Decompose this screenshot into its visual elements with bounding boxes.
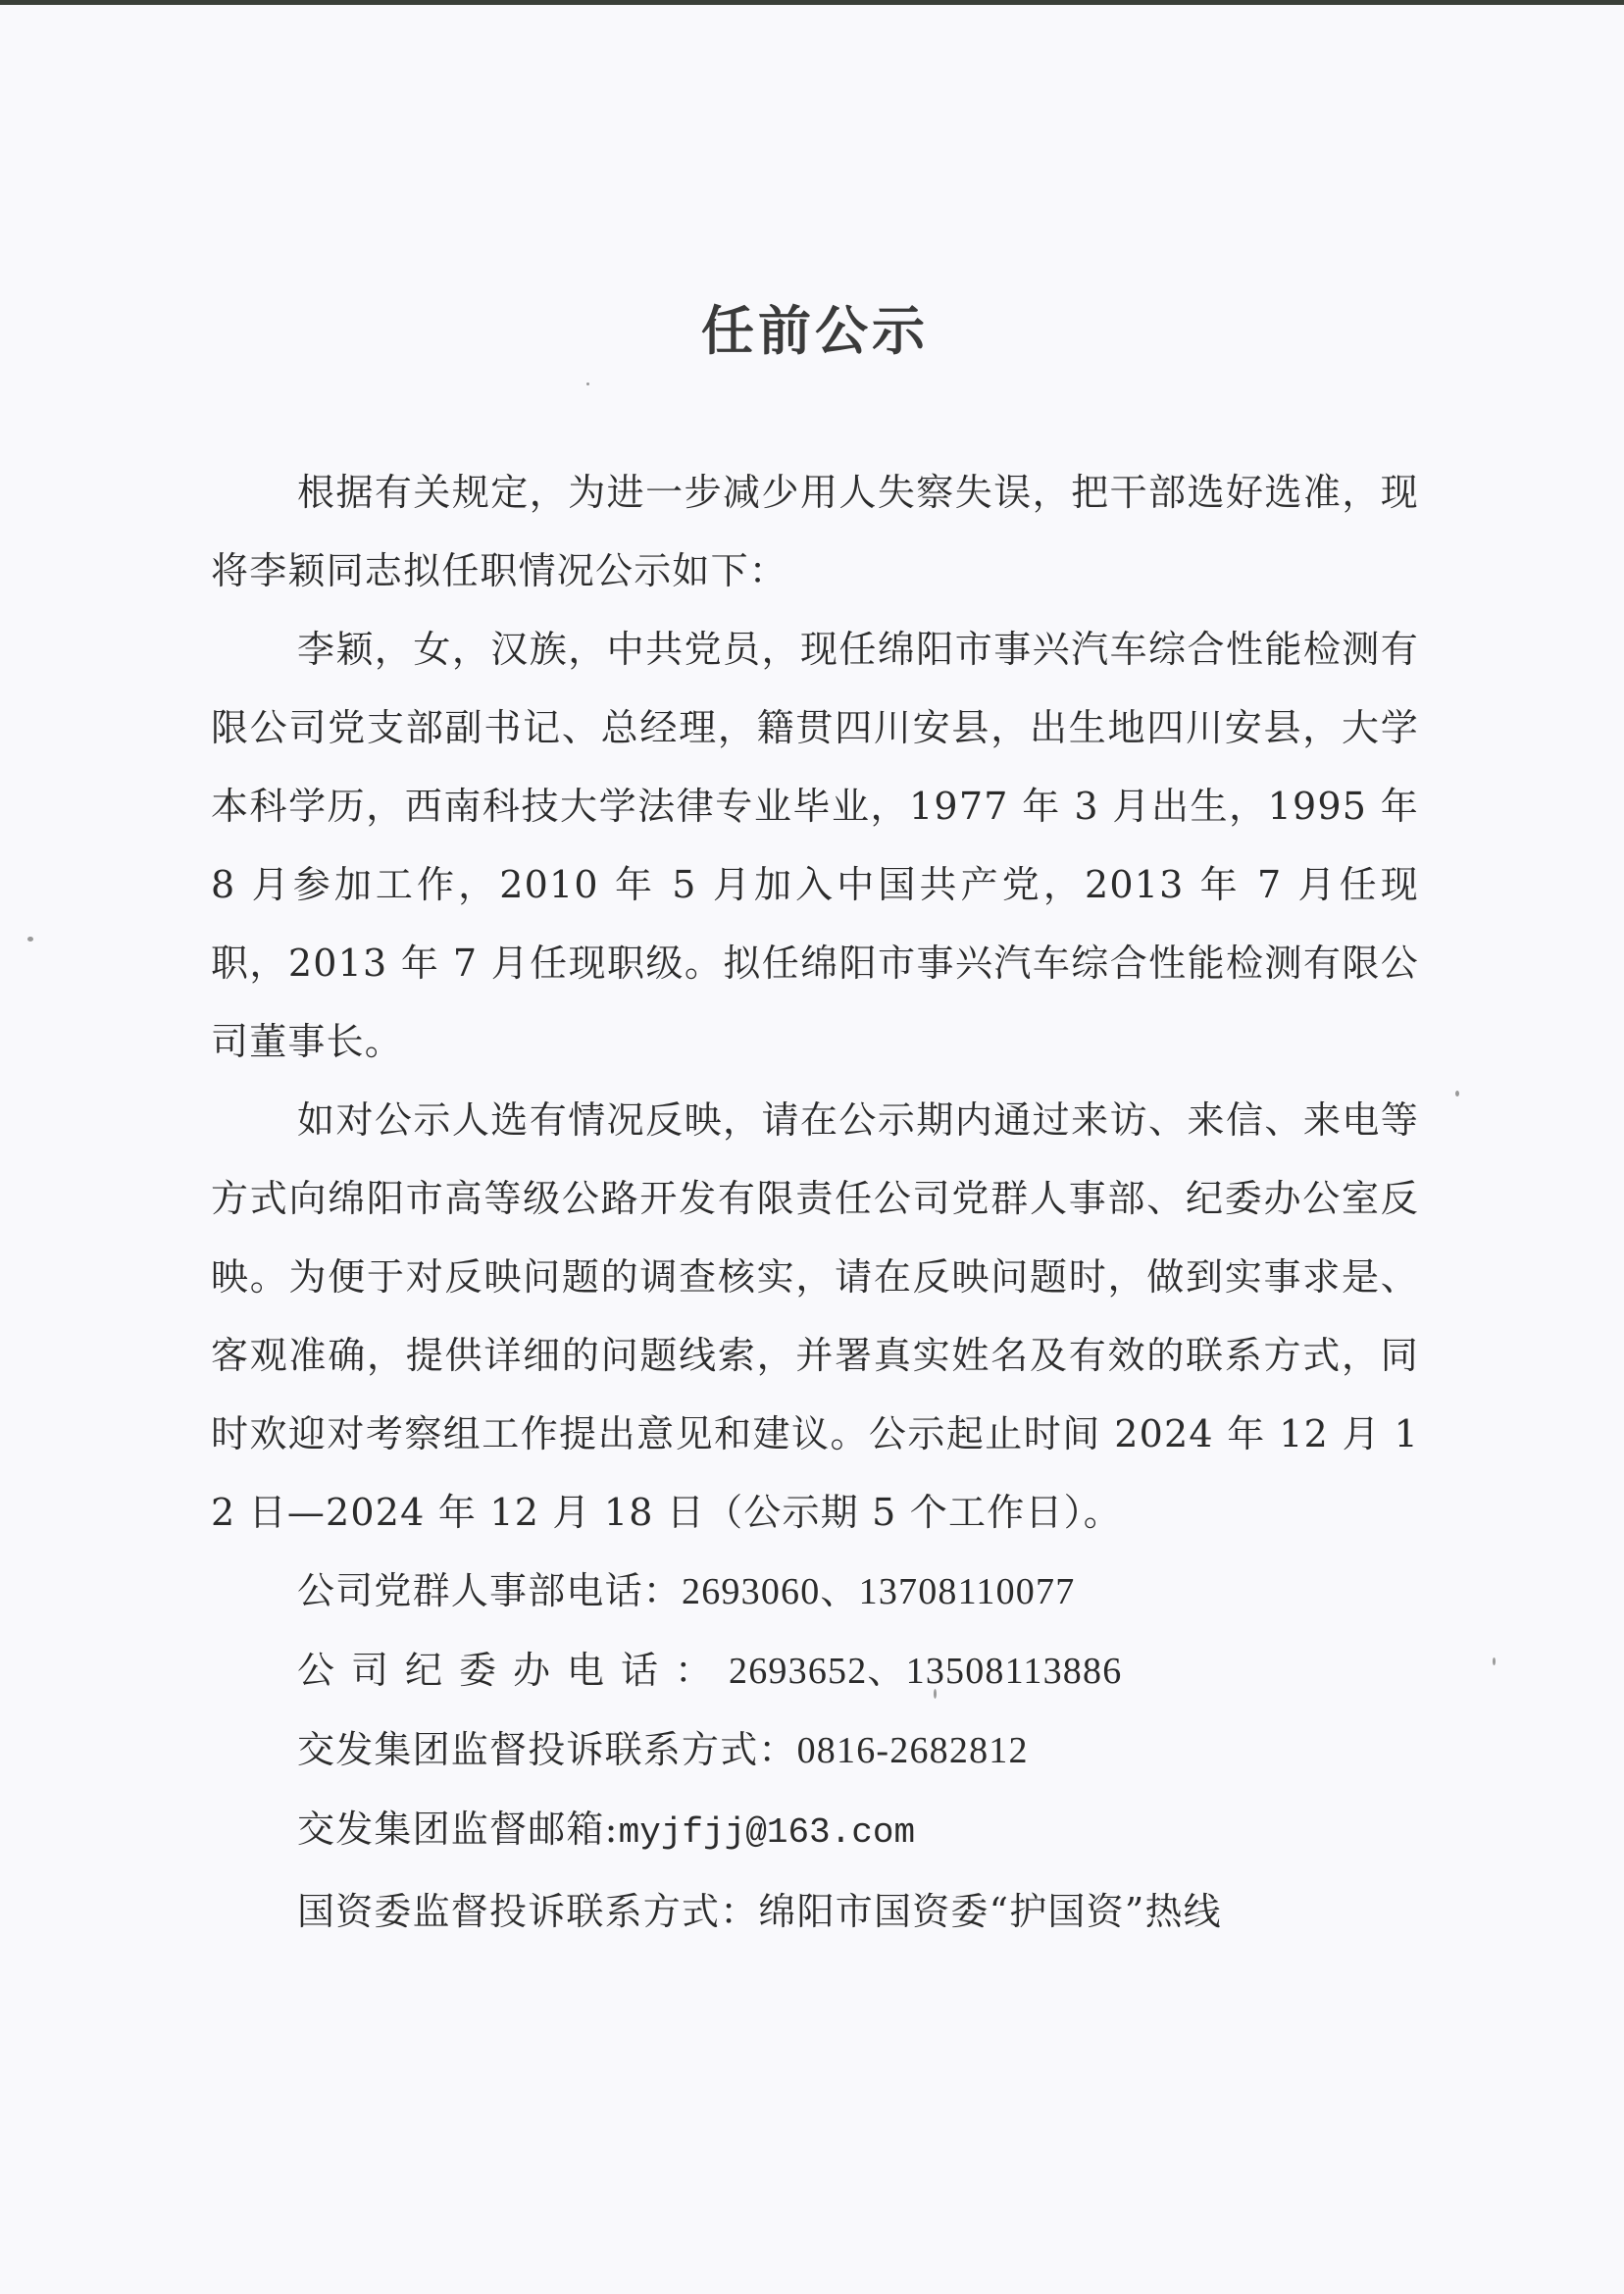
contact-sasac-complaint: 国资委监督投诉联系方式：绵阳市国资委“护国资”热线 xyxy=(211,1872,1419,1951)
contact-party-hr-phone: 公司党群人事部电话：2693060、13708110077 xyxy=(211,1552,1419,1631)
contact-value: 0816-2682812 xyxy=(797,1730,1029,1771)
contact-label: 交发集团监督邮箱: xyxy=(297,1808,619,1851)
feedback-instructions-paragraph: 如对公示人选有情况反映，请在公示期内通过来访、来信、来电等方式向绵阳市高等级公路… xyxy=(211,1081,1419,1552)
contact-discipline-office-phone: 公司纪委办电话：2693652、13508113886 xyxy=(211,1631,1419,1710)
contact-group-complaint-phone: 交发集团监督投诉联系方式：0816-2682812 xyxy=(211,1710,1419,1790)
scan-speck xyxy=(934,1689,937,1699)
document-body: 根据有关规定，为进一步减少用人失察失误，把干部选好选准，现将李颖同志拟任职情况公… xyxy=(211,453,1419,1951)
contact-value: 2693060、13708110077 xyxy=(682,1571,1075,1612)
candidate-profile-paragraph: 李颖，女，汉族，中共党员，现任绵阳市事兴汽车综合性能检测有限公司党支部副书记、总… xyxy=(211,610,1419,1081)
document-title: 任前公示 xyxy=(211,296,1419,365)
scan-speck xyxy=(27,937,33,942)
scan-speck xyxy=(586,382,589,385)
contact-label: 国资委监督投诉联系方式： xyxy=(297,1890,758,1933)
contact-group-supervision-email: 交发集团监督邮箱:myjfjj@163.com xyxy=(211,1790,1419,1872)
contact-value: 绵阳市国资委“护国资”热线 xyxy=(758,1890,1221,1933)
scan-edge xyxy=(0,0,1624,5)
contact-value: 2693652、13508113886 xyxy=(729,1651,1122,1692)
contact-label: 公司纪委办电话： xyxy=(297,1649,729,1692)
email-link[interactable]: myjfjj@163.com xyxy=(619,1812,915,1853)
scan-speck xyxy=(1493,1657,1496,1665)
scan-speck xyxy=(1455,1091,1459,1096)
intro-paragraph: 根据有关规定，为进一步减少用人失察失误，把干部选好选准，现将李颖同志拟任职情况公… xyxy=(211,453,1419,610)
contact-label: 交发集团监督投诉联系方式： xyxy=(297,1728,797,1771)
contact-label: 公司党群人事部电话： xyxy=(297,1569,682,1612)
